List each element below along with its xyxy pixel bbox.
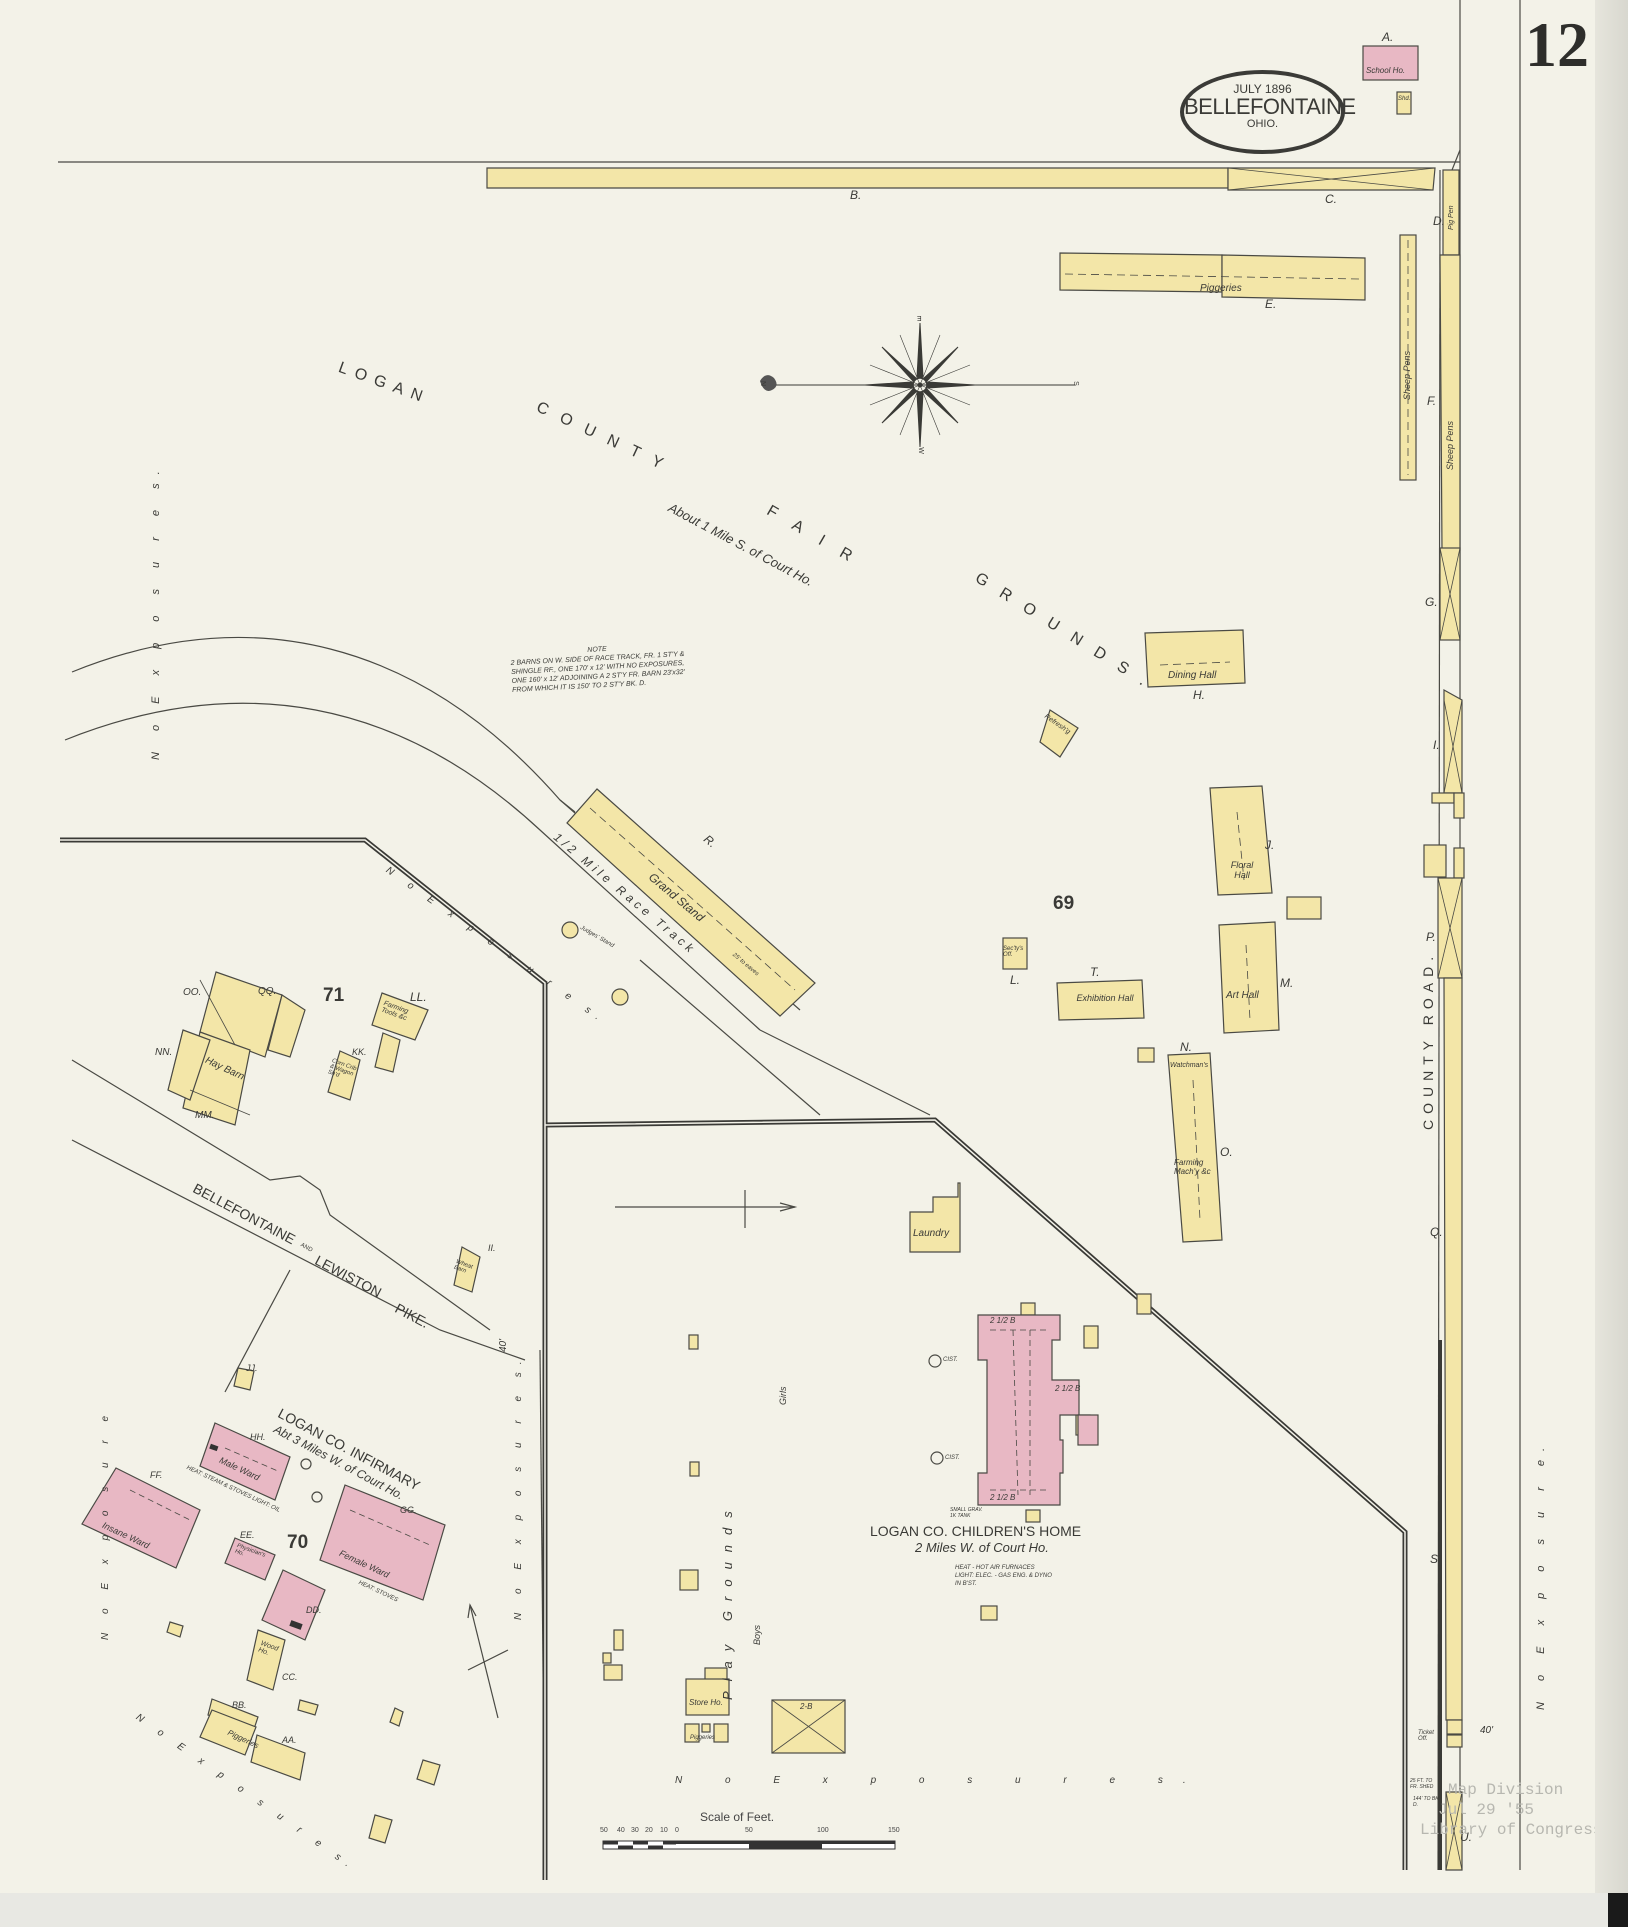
- building-letter-t: T.: [1090, 965, 1100, 979]
- cistern-label-1: CIST.: [943, 1357, 958, 1363]
- building-label-art-hall: Art Hall: [1226, 990, 1259, 1001]
- building-letter-mm: MM.: [195, 1110, 214, 1121]
- building-label-sheep-pens-2: Sheep Pens: [1445, 421, 1455, 470]
- road-width-1: 40': [498, 1339, 509, 1352]
- building-letter-bb: BB.: [232, 1700, 247, 1710]
- childrens-home-notes-3: IN B'ST.: [955, 1581, 977, 1587]
- block-number-70: 70: [287, 1532, 308, 1554]
- exposure-bottom: N o E x p o s u r e s.: [675, 1775, 1206, 1786]
- block-number-71: 71: [323, 985, 344, 1007]
- building-letter-f: F.: [1427, 394, 1436, 408]
- title-city: BELLEFONTAINE: [1184, 96, 1341, 118]
- title-state: OHIO.: [1184, 118, 1341, 130]
- childrens-home-stories-top: 2 1/2 B: [990, 1316, 1015, 1325]
- scale-tick: 40: [617, 1827, 625, 1834]
- building-label-dining-hall: Dining Hall: [1168, 670, 1216, 681]
- block-number-69: 69: [1053, 893, 1074, 915]
- building-letter-c: C.: [1325, 192, 1337, 206]
- building-letter-ii: II.: [488, 1243, 496, 1253]
- building-letter-aa: AA.: [282, 1735, 297, 1745]
- childrens-home-notes-1: HEAT - HOT AIR FURNACES: [955, 1565, 1035, 1571]
- building-label-school-house: School Ho.: [1366, 66, 1405, 75]
- scale-tick: 50: [745, 1827, 753, 1834]
- cistern-label-2: CIST.: [945, 1455, 960, 1461]
- building-label-2b: 2-B: [800, 1702, 812, 1711]
- scale-tick: 100: [817, 1827, 829, 1834]
- library-stamp: Map Division Jul 29 '55 Library of Congr…: [1420, 1780, 1602, 1840]
- sheet-number: 12: [1525, 8, 1589, 82]
- building-letter-b: B.: [850, 188, 861, 202]
- exposure-infirmary-right: N o E x p o s u r e s.: [513, 1353, 524, 1620]
- building-letter-oo: OO.: [183, 987, 201, 998]
- building-letter-ll: LL.: [410, 990, 427, 1004]
- scale-bar: [603, 1841, 895, 1849]
- building-label-floral-hall: Floral Hall: [1222, 860, 1262, 880]
- building-label-playground-piggeries: Piggeries: [690, 1735, 715, 1741]
- title-cartouche: JULY 1896 BELLEFONTAINE OHIO.: [1180, 70, 1345, 154]
- compass-n-label: N: [759, 381, 766, 386]
- building-letter-m: M.: [1280, 976, 1293, 990]
- compass-rose-icon: [760, 323, 1075, 447]
- building-label-watchmans: Watchman's: [1170, 1062, 1208, 1069]
- building-letter-gg: GG.: [400, 1505, 417, 1515]
- building-label-sectys-off: Sec'ty's Off.: [1003, 946, 1029, 958]
- compass-s-label: S: [1072, 381, 1079, 386]
- building-letter-dd: DD.: [306, 1605, 322, 1615]
- childrens-home-stories-mid: 2 1/2 B: [1055, 1384, 1080, 1393]
- play-grounds-label: Play Grounds: [720, 1501, 735, 1700]
- building-label-exhibition-hall: Exhibition Hall: [1075, 993, 1135, 1003]
- building-letter-jj: JJ.: [246, 1363, 258, 1373]
- building-letter-h: H.: [1193, 688, 1205, 702]
- building-label-ticket-off: Ticket Off.: [1418, 1730, 1444, 1742]
- building-label-laundry: Laundry: [913, 1228, 949, 1239]
- building-letter-a: A.: [1382, 30, 1393, 44]
- building-letter-q: Q.: [1430, 1225, 1443, 1239]
- scale-tick: 150: [888, 1827, 900, 1834]
- boys-label: Boys: [752, 1625, 762, 1645]
- building-label-piggeries: Piggeries: [1200, 283, 1242, 294]
- building-letter-cc: CC.: [282, 1672, 298, 1682]
- exposure-left-top: N o E x p o s u r e s.: [150, 462, 162, 760]
- scale-tick: 0: [675, 1827, 679, 1834]
- building-letter-nn: NN.: [155, 1047, 172, 1058]
- scan-bottom-margin: [0, 1893, 1628, 1927]
- childrens-home-name: LOGAN CO. CHILDREN'S HOME: [870, 1523, 1081, 1539]
- exposure-right: N o E x p o s u r e.: [1535, 1439, 1547, 1710]
- building-letter-l: L.: [1010, 973, 1020, 987]
- building-letter-o: O.: [1220, 1145, 1233, 1159]
- building-letter-qq: QQ.: [258, 986, 276, 997]
- building-letter-e: E.: [1265, 297, 1276, 311]
- building-label-shed: Shd.: [1398, 96, 1410, 102]
- scale-tick: 50: [600, 1827, 608, 1834]
- childrens-home-notes-2: LIGHT: ELEC. - GAS ENG. & DYNO: [955, 1573, 1052, 1579]
- building-letter-n: N.: [1180, 1040, 1192, 1054]
- compass-w-label: W: [917, 447, 924, 454]
- building-letter-ee: EE.: [240, 1530, 255, 1540]
- scale-tick: 30: [631, 1827, 639, 1834]
- scale-tick: 20: [645, 1827, 653, 1834]
- building-letter-g: G.: [1425, 595, 1438, 609]
- compass-e-label: E: [917, 314, 922, 321]
- tank-label: SMALL GRAV. 1K TANK: [950, 1507, 990, 1519]
- map-note: NOTE 2 BARNS ON W. SIDE OF RACE TRACK, F…: [510, 641, 686, 695]
- map-linework: [0, 0, 1628, 1927]
- building-label-sheep-pens-1: Sheep Pens: [1402, 351, 1412, 400]
- building-letter-j: J.: [1265, 838, 1274, 852]
- building-letter-kk: KK.: [352, 1047, 367, 1057]
- sanborn-map-sheet: 12 JULY 1896 BELLEFONTAINE OHIO. LOGAN C…: [0, 0, 1628, 1927]
- building-label-pig-pen: Pig Pen: [1448, 205, 1455, 230]
- building-letter-d: D.: [1433, 214, 1445, 228]
- scale-title: Scale of Feet.: [700, 1810, 774, 1824]
- building-letter-i: I.: [1433, 738, 1440, 752]
- scale-tick: 10: [660, 1827, 668, 1834]
- childrens-home-stories-bottom: 2 1/2 B: [990, 1493, 1015, 1502]
- building-letter-p: P.: [1426, 930, 1436, 944]
- building-letter-s: S.: [1430, 1552, 1441, 1566]
- building-letter-ff: FF.: [150, 1470, 162, 1480]
- county-road-label: COUNTY ROAD.: [1420, 951, 1436, 1130]
- road-width-2: 40': [1480, 1725, 1493, 1736]
- girls-label: Girls: [778, 1387, 788, 1406]
- building-label-store-ho: Store Ho.: [689, 1698, 723, 1707]
- childrens-home-location: 2 Miles W. of Court Ho.: [915, 1540, 1049, 1555]
- building-label-farming-machy: Farming Mach'y &c: [1174, 1158, 1214, 1176]
- page-edge-shadow: [1595, 0, 1628, 1927]
- building-letter-hh: HH.: [250, 1432, 266, 1442]
